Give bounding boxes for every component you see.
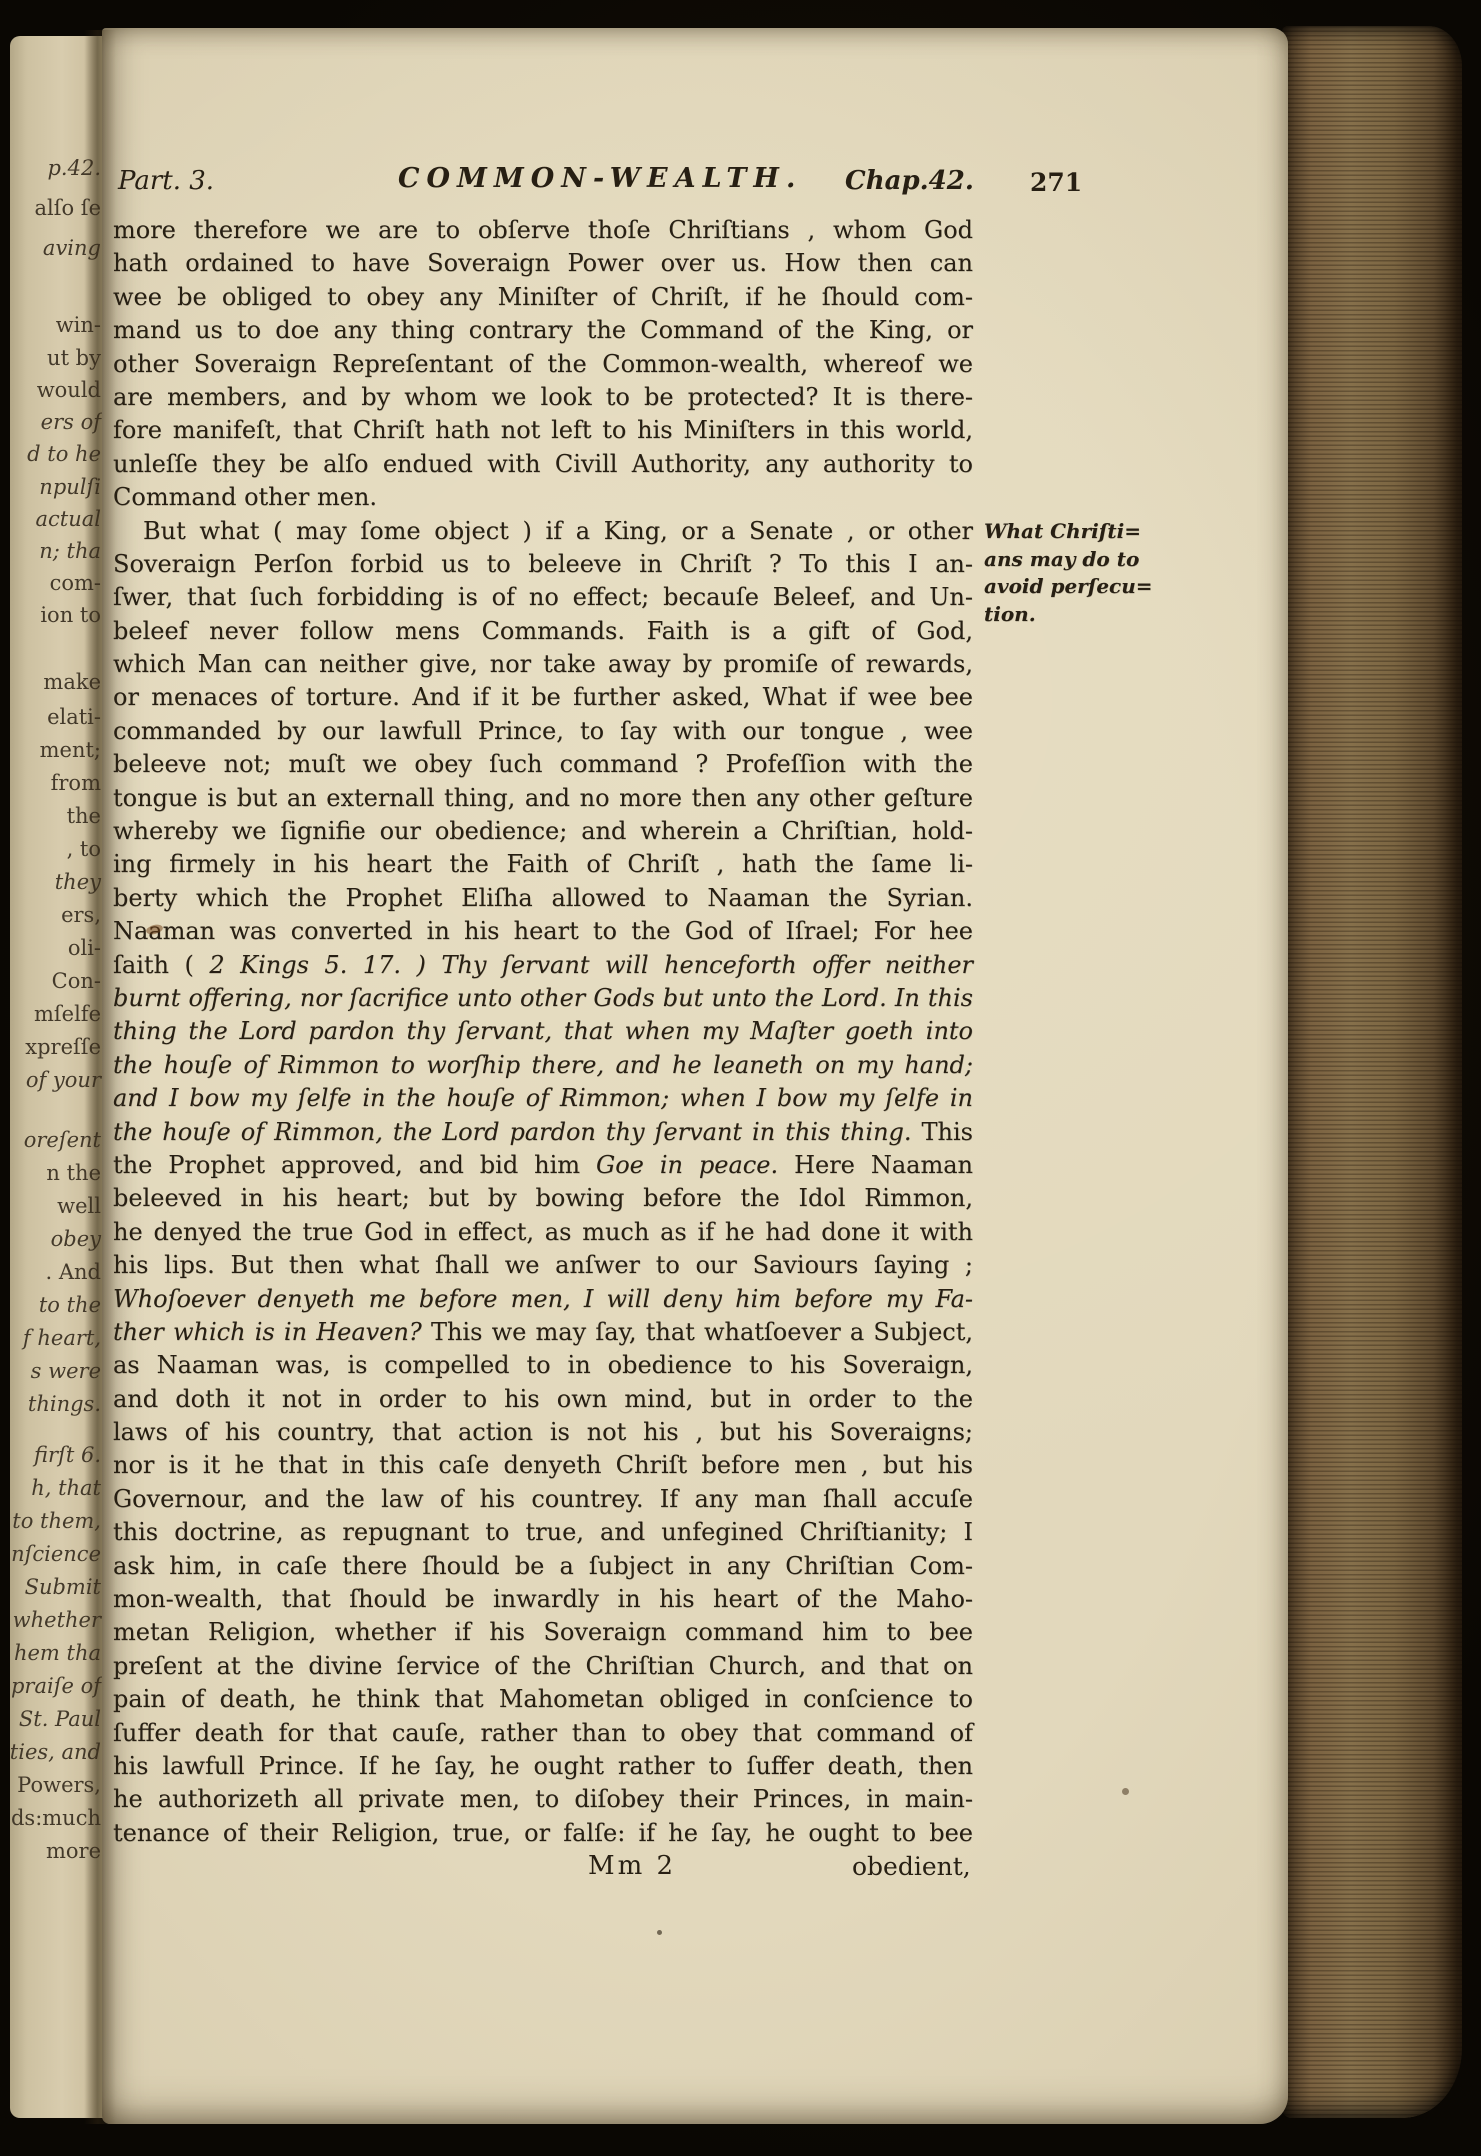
text-line: fore manifeſt, that Chriſt hath not left…: [113, 414, 973, 447]
edge-fragment: obey: [51, 1229, 101, 1250]
text-segment: whereby we ſignifie our obedience; and w…: [113, 817, 973, 845]
edge-fragment: St. Paul: [19, 1709, 101, 1730]
text-segment: the houſe of Rimmon, the Lord pardon thy…: [113, 1118, 922, 1146]
edge-fragment: firſt 6.: [34, 1445, 101, 1466]
text-segment: his lips. But then what ſhall we anſwer …: [113, 1251, 973, 1279]
edge-fragment: nſcience: [11, 1544, 101, 1565]
margin-note-line: avoid perſecu=: [984, 573, 1154, 601]
text-segment: thing the Lord pardon thy ſervant, that …: [113, 1017, 973, 1045]
margin-note-line: What Chriſti=: [984, 518, 1154, 546]
edge-fragment: ties, and: [10, 1742, 101, 1763]
text-line: But what ( may ſome object ) if a King, …: [113, 515, 973, 548]
edge-fragment: they: [55, 872, 101, 893]
text-line: as Naaman was, is compelled to in obedie…: [113, 1349, 973, 1382]
text-line: the houſe of Rimmon, the Lord pardon thy…: [113, 1116, 973, 1149]
text-line: commanded by our lawfull Prince, to ſay …: [113, 715, 973, 748]
edge-fragment: mſelfe: [34, 1004, 101, 1025]
text-segment: or menaces of torture. And if it be furt…: [113, 683, 973, 711]
text-segment: ſaith (: [113, 951, 209, 979]
edge-fragment: elati-: [47, 707, 101, 728]
edge-fragment: well: [57, 1196, 101, 1217]
text-segment: Soveraign Perſon forbid us to beleeve in…: [113, 550, 973, 578]
facing-page-edge: p.42.alſo ſeavingwin-ut bywoulders ofd t…: [10, 36, 104, 2118]
text-line: Naaman was converted in his heart to the…: [113, 915, 973, 948]
edge-fragment: Con-: [52, 971, 101, 992]
edge-fragment: n; tha: [39, 541, 101, 562]
text-line: beleeved in his heart; but by bowing bef…: [113, 1182, 973, 1215]
text-line: mand us to doe any thing contrary the Co…: [113, 314, 973, 347]
text-line: or menaces of torture. And if it be furt…: [113, 681, 973, 714]
edge-fragment: hem tha: [14, 1643, 101, 1664]
text-line: hath ordained to have Soveraign Power ov…: [113, 247, 973, 280]
text-segment: ask him, in caſe there ſhould be a ſubje…: [113, 1552, 973, 1580]
text-segment: Here Naaman: [778, 1151, 973, 1179]
text-line: ask him, in caſe there ſhould be a ſubje…: [113, 1550, 973, 1583]
edge-fragment: would: [37, 380, 101, 401]
text-segment: This we may ſay, that whatſoever a Subje…: [431, 1318, 973, 1346]
text-segment: ſuffer death for that cauſe, rather than…: [113, 1719, 973, 1747]
book-photo: p.42.alſo ſeavingwin-ut bywoulders ofd t…: [0, 0, 1481, 2156]
page-number: 271: [1030, 168, 1082, 197]
edge-fragment: ds:much: [11, 1808, 101, 1829]
edge-fragment: f heart,: [23, 1328, 101, 1349]
text-segment: metan Religion, whether if his Soveraign…: [113, 1618, 973, 1646]
text-line: burnt offering, nor ſacrifice unto other…: [113, 982, 973, 1015]
edge-fragment: ers of: [41, 412, 101, 433]
text-segment: unleſſe they be alſo endued with Civill …: [113, 450, 973, 478]
text-line: this doctrine, as repugnant to true, and…: [113, 1516, 973, 1549]
text-segment: beleeve not; muſt we obey ſuch command ?…: [113, 750, 973, 778]
edge-fragment: Powers,: [17, 1775, 101, 1796]
margin-note: What Chriſti= ans may do to avoid perſec…: [984, 518, 1154, 628]
edge-fragment: the: [67, 806, 101, 827]
text-line: ſaith ( 2 Kings 5. 17. ) Thy ſervant wil…: [113, 949, 973, 982]
catchword: obedient,: [852, 1852, 971, 1881]
text-line: wee be obliged to obey any Miniſter of C…: [113, 281, 973, 314]
text-segment: more therefore we are to obſerve thoſe C…: [113, 216, 973, 244]
edge-fragment: ion to: [40, 605, 101, 626]
edge-fragment: win-: [56, 315, 101, 336]
edge-fragment: oli-: [68, 938, 101, 959]
header-part: Part. 3.: [118, 166, 214, 196]
edge-fragment: ut by: [47, 348, 101, 369]
edge-fragment: more: [46, 1841, 101, 1862]
edge-fragment: make: [43, 672, 101, 693]
edge-fragment: alſo ſe: [34, 198, 101, 219]
text-line: laws of his country, that action is not …: [113, 1416, 973, 1449]
edge-fragment: xpreſſe: [25, 1037, 101, 1058]
text-line: unleſſe they be alſo endued with Civill …: [113, 448, 973, 481]
text-line: he denyed the true God in effect, as muc…: [113, 1216, 973, 1249]
text-segment: burnt offering, nor ſacrifice unto other…: [113, 984, 973, 1012]
edge-fragment: , to: [67, 839, 101, 860]
text-segment: Goe in peace.: [596, 1151, 778, 1179]
margin-note-line: tion.: [984, 601, 1154, 629]
edge-fragment: s were: [31, 1361, 101, 1382]
text-segment: he denyed the true God in effect, as muc…: [113, 1218, 973, 1246]
text-line: preſent at the divine ſervice of the Chr…: [113, 1650, 973, 1683]
text-segment: and I bow my ſelfe in the houſe of Rimmo…: [113, 1084, 973, 1112]
text-line: the Prophet approved, and bid him Goe in…: [113, 1149, 973, 1182]
text-segment: wee be obliged to obey any Miniſter of C…: [113, 283, 973, 311]
text-segment: the houſe of Rimmon to worſhip there, an…: [113, 1051, 973, 1079]
edge-fragment: whether: [13, 1610, 101, 1631]
text-segment: ſwer, that ſuch forbidding is of no effe…: [113, 583, 973, 611]
text-segment: his lawfull Prince. If he ſay, he ought …: [113, 1752, 973, 1780]
text-segment: he authorizeth all private men, to diſob…: [113, 1785, 973, 1813]
edge-fragment: h, that: [31, 1478, 101, 1499]
page-body-text: more therefore we are to obſerve thoſe C…: [113, 214, 973, 1850]
text-line: and I bow my ſelfe in the houſe of Rimmo…: [113, 1082, 973, 1115]
edge-fragment: npulſi: [39, 477, 101, 498]
text-segment: tenance of their Religion, true, or falſ…: [113, 1819, 973, 1847]
text-line: Whoſoever denyeth me before men, I will …: [113, 1283, 973, 1316]
edge-fragment: Submit: [25, 1577, 101, 1598]
text-segment: Naaman was converted in his heart to the…: [113, 917, 973, 945]
edge-fragment: . And: [46, 1262, 101, 1283]
text-segment: which Man can neither give, nor take awa…: [113, 650, 973, 678]
text-segment: tongue is but an externall thing, and no…: [113, 784, 973, 812]
text-line: metan Religion, whether if his Soveraign…: [113, 1616, 973, 1649]
edge-fragment: aving: [43, 238, 101, 259]
text-segment: beleef never follow mens Commands. Faith…: [113, 617, 973, 645]
edge-fragment: to them,: [12, 1511, 101, 1532]
text-segment: are members, and by whom we look to be p…: [113, 383, 973, 411]
text-line: ſuffer death for that cauſe, rather than…: [113, 1717, 973, 1750]
text-line: whereby we ſignifie our obedience; and w…: [113, 815, 973, 848]
text-line: and doth it not in order to his own mind…: [113, 1383, 973, 1416]
margin-note-line: ans may do to: [984, 546, 1154, 574]
text-segment: ther which is in Heaven?: [113, 1318, 431, 1346]
text-line: Soveraign Perſon forbid us to beleeve in…: [113, 548, 973, 581]
edge-fragment: actual: [36, 509, 101, 530]
text-line: beleef never follow mens Commands. Faith…: [113, 615, 973, 648]
edge-fragment: p.42.: [47, 158, 101, 179]
header-chapter: Chap.42.: [845, 166, 974, 196]
text-line: tenance of their Religion, true, or falſ…: [113, 1817, 973, 1850]
text-segment: hath ordained to have Soveraign Power ov…: [113, 249, 973, 277]
header-title: COMMON-WEALTH.: [398, 163, 802, 194]
text-segment: ing firmely in his heart the Faith of Ch…: [113, 850, 973, 878]
edge-fragment: ers,: [61, 905, 101, 926]
text-line: mon-wealth, that ſhould be inwardly in h…: [113, 1583, 973, 1616]
text-segment: preſent at the divine ſervice of the Chr…: [113, 1652, 973, 1680]
text-line: Command other men.: [113, 481, 973, 514]
text-segment: this doctrine, as repugnant to true, and…: [113, 1518, 973, 1546]
edge-fragment: of your: [26, 1070, 101, 1091]
text-line: ſwer, that ſuch forbidding is of no effe…: [113, 581, 973, 614]
edge-fragment: things.: [28, 1394, 101, 1415]
text-segment: berty which the Prophet Eliſha allowed t…: [113, 884, 973, 912]
edge-fragment: ment;: [40, 740, 101, 761]
text-line: the houſe of Rimmon to worſhip there, an…: [113, 1049, 973, 1082]
text-line: his lawfull Prince. If he ſay, he ought …: [113, 1750, 973, 1783]
text-segment: beleeved in his heart; but by bowing bef…: [113, 1184, 973, 1212]
signature-mark: Mm 2: [588, 1851, 676, 1881]
book-fore-edge: [1282, 26, 1462, 2118]
text-segment: Governour, and the law of his countrey. …: [113, 1485, 973, 1513]
text-line: which Man can neither give, nor take awa…: [113, 648, 973, 681]
text-line: he authorizeth all private men, to diſob…: [113, 1783, 973, 1816]
text-line: are members, and by whom we look to be p…: [113, 381, 973, 414]
text-segment: mand us to doe any thing contrary the Co…: [113, 316, 973, 344]
text-segment: other Soveraign Repreſentant of the Comm…: [113, 350, 973, 378]
text-line: berty which the Prophet Eliſha allowed t…: [113, 882, 973, 915]
text-segment: Whoſoever denyeth me before men, I will …: [113, 1285, 973, 1313]
text-line: pain of death, he think that Mahometan o…: [113, 1683, 973, 1716]
text-segment: This: [922, 1118, 973, 1146]
edge-fragment: from: [51, 773, 101, 794]
edge-fragment: oreſent: [24, 1130, 101, 1151]
text-line: more therefore we are to obſerve thoſe C…: [113, 214, 973, 247]
text-segment: nor is it he that in this caſe denyeth C…: [113, 1451, 973, 1479]
text-segment: as Naaman was, is compelled to in obedie…: [113, 1351, 973, 1379]
text-line: Governour, and the law of his countrey. …: [113, 1483, 973, 1516]
text-line: tongue is but an externall thing, and no…: [113, 782, 973, 815]
text-segment: commanded by our lawfull Prince, to ſay …: [113, 717, 973, 745]
text-segment: Command other men.: [113, 483, 377, 511]
text-segment: fore manifeſt, that Chriſt hath not left…: [113, 416, 973, 444]
text-segment: pain of death, he think that Mahometan o…: [113, 1685, 973, 1713]
text-line: nor is it he that in this caſe denyeth C…: [113, 1449, 973, 1482]
text-segment: 2 Kings 5. 17. ) Thy ſervant will hencef…: [209, 951, 973, 979]
edge-fragment: n the: [46, 1163, 101, 1184]
text-segment: mon-wealth, that ſhould be inwardly in h…: [113, 1585, 973, 1613]
text-segment: and doth it not in order to his own mind…: [113, 1385, 973, 1413]
text-segment: But what ( may ſome object ) if a King, …: [143, 517, 973, 545]
text-line: his lips. But then what ſhall we anſwer …: [113, 1249, 973, 1282]
edge-fragment: praiſe of: [11, 1676, 101, 1697]
text-segment: the Prophet approved, and bid him: [113, 1151, 596, 1179]
edge-fragment: com-: [50, 573, 101, 594]
edge-fragment: d to he: [27, 444, 101, 465]
text-line: thing the Lord pardon thy ſervant, that …: [113, 1015, 973, 1048]
text-segment: laws of his country, that action is not …: [113, 1418, 973, 1446]
text-line: beleeve not; muſt we obey ſuch command ?…: [113, 748, 973, 781]
edge-fragment: to the: [39, 1295, 101, 1316]
text-line: ing firmely in his heart the Faith of Ch…: [113, 848, 973, 881]
text-line: ther which is in Heaven? This we may ſay…: [113, 1316, 973, 1349]
text-line: other Soveraign Repreſentant of the Comm…: [113, 348, 973, 381]
